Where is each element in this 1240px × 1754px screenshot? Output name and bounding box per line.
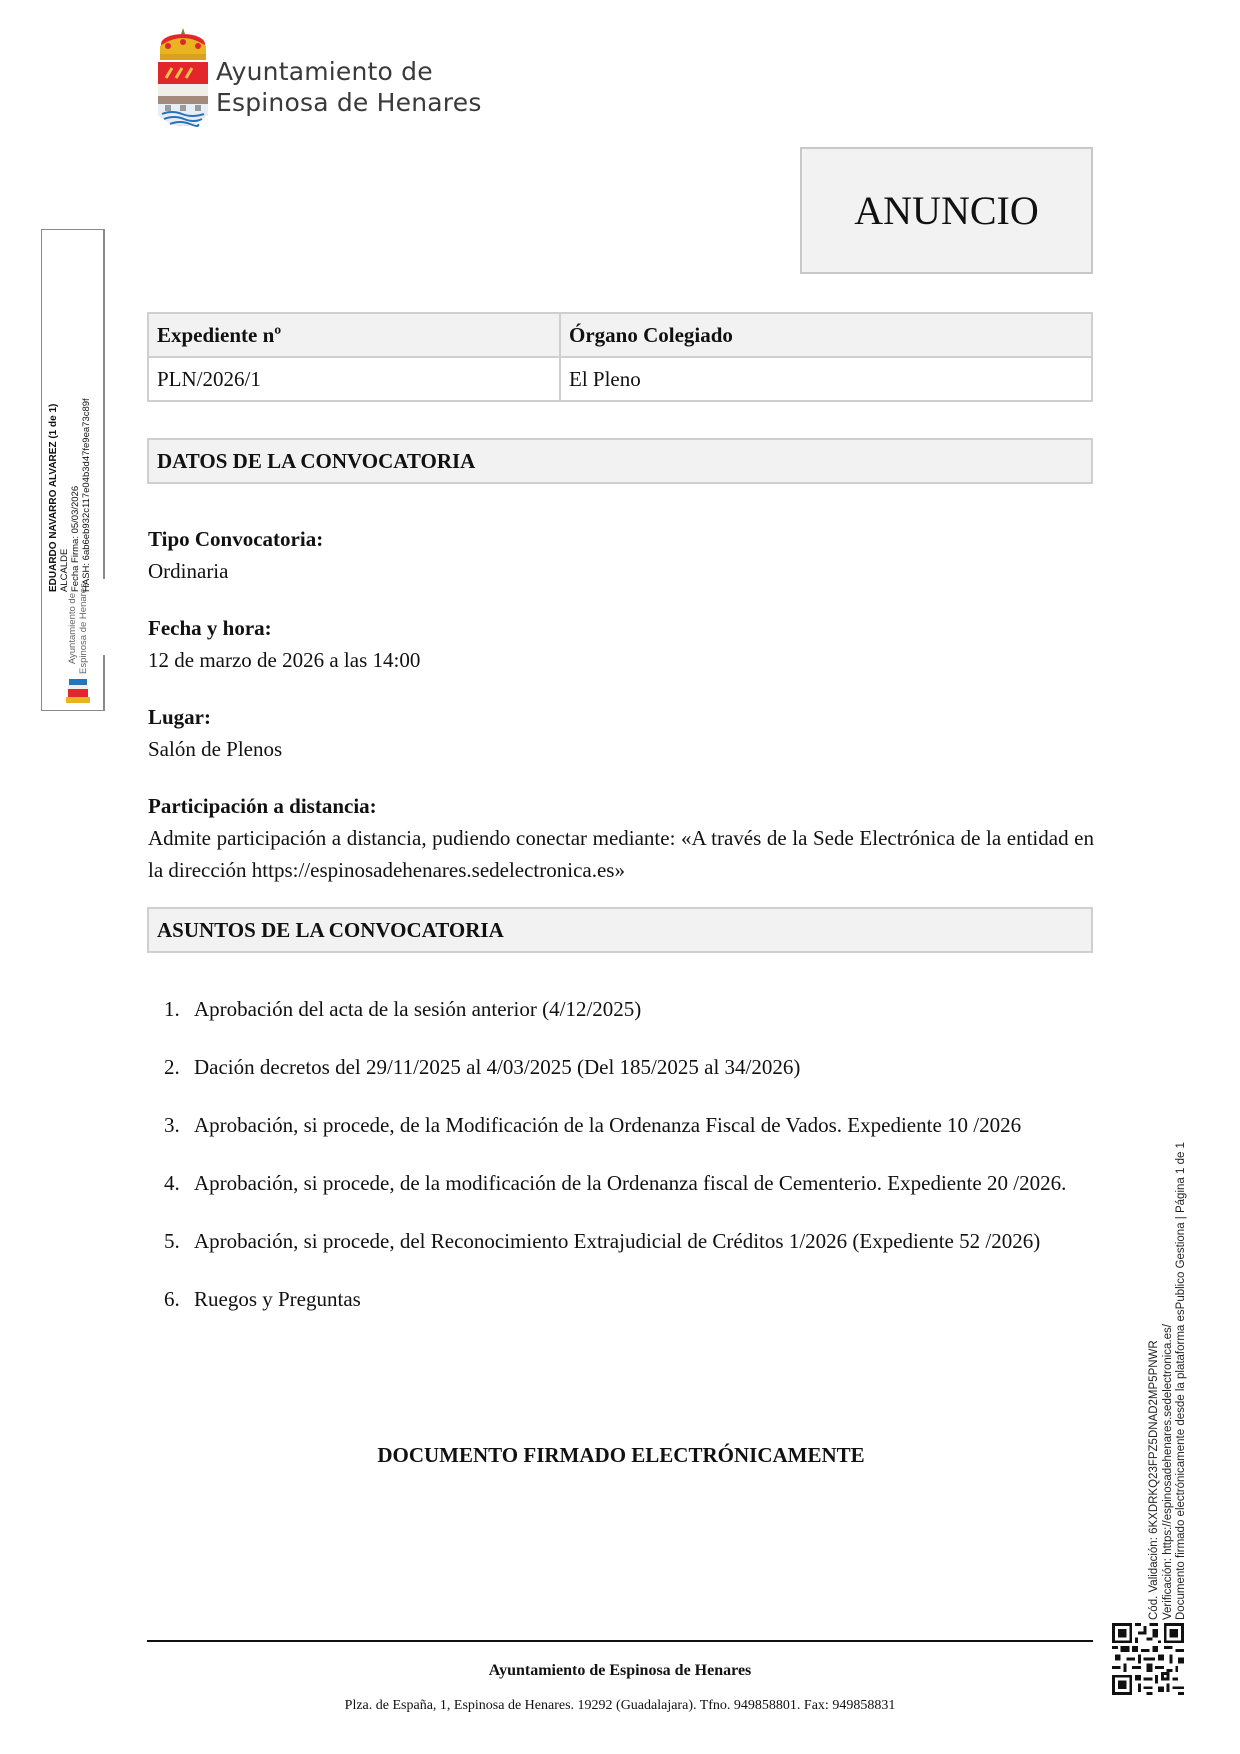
signature-stamp: Ayuntamiento de Espinosa de Henares EDUA… (41, 229, 104, 711)
field-lugar: Lugar: Salón de Plenos (148, 701, 1094, 765)
field-value: 12 de marzo de 2026 a las 14:00 (148, 644, 1094, 676)
field-label: Participación a distancia: (148, 790, 1094, 822)
field-participacion: Participación a distancia: Admite partic… (148, 790, 1094, 886)
footer-title: Ayuntamiento de Espinosa de Henares (147, 1662, 1093, 1680)
logo-text: Ayuntamiento de Espinosa de Henares (216, 56, 482, 118)
footer-address: Plza. de España, 1, Espinosa de Henares.… (147, 1698, 1093, 1714)
verification-url[interactable]: Verificación: https://espinosadehenares.… (1162, 1060, 1176, 1620)
header-cell-organo: Órgano Colegiado (560, 313, 1092, 357)
signature-hash: HASH: 6ab6eb932c117e04b3d47fe9ea73c89f (81, 398, 92, 592)
list-item: 1.Aprobación del acta de la sesión anter… (148, 993, 1094, 1025)
stamp-signer-info: EDUARDO NAVARRO ALVAREZ (1 de 1) ALCALDE… (48, 398, 92, 592)
section-title: DATOS DE LA CONVOCATORIA (157, 449, 475, 474)
field-label: Tipo Convocatoria: (148, 523, 1094, 555)
stamp-crest-icon (66, 678, 90, 704)
table-header-row: Expediente nº Órgano Colegiado (148, 313, 1092, 357)
cell-expediente-value: PLN/2026/1 (148, 357, 560, 401)
section-header-asuntos: ASUNTOS DE LA CONVOCATORIA (147, 907, 1093, 953)
stamp-border (103, 229, 105, 579)
table-row: PLN/2026/1 El Pleno (148, 357, 1092, 401)
document-type-box: ANUNCIO (800, 147, 1093, 274)
signature-date: Fecha Firma: 05/03/2026 (70, 398, 81, 592)
header-cell-expediente: Expediente nº (148, 313, 560, 357)
section-header-datos: DATOS DE LA CONVOCATORIA (147, 438, 1093, 484)
validation-code: Cód. Validación: 6KXDRKQ23FPZ5DNAD2MP5PN… (1148, 1060, 1162, 1620)
list-item: 3.Aprobación, si procede, de la Modifica… (148, 1109, 1094, 1141)
logo-line-2: Espinosa de Henares (216, 87, 482, 118)
field-label: Fecha y hora: (148, 612, 1094, 644)
list-item: 5.Aprobación, si procede, del Reconocimi… (148, 1225, 1094, 1257)
document-type-title: ANUNCIO (854, 187, 1038, 234)
list-item: 4.Aprobación, si procede, de la modifica… (148, 1167, 1094, 1199)
signature-stamp-content: Ayuntamiento de Espinosa de Henares EDUA… (42, 230, 105, 712)
verification-text: Cód. Validación: 6KXDRKQ23FPZ5DNAD2MP5PN… (1148, 1060, 1189, 1620)
section-title: ASUNTOS DE LA CONVOCATORIA (157, 918, 504, 943)
field-value: Ordinaria (148, 555, 1094, 587)
logo-line-1: Ayuntamiento de (216, 56, 482, 87)
file-info-table: Expediente nº Órgano Colegiado PLN/2026/… (147, 312, 1093, 402)
signer-role: ALCALDE (59, 398, 70, 592)
list-item: 2.Dación decretos del 29/11/2025 al 4/03… (148, 1051, 1094, 1083)
agenda-list: 1.Aprobación del acta de la sesión anter… (148, 993, 1094, 1341)
list-item: 6.Ruegos y Preguntas (148, 1283, 1094, 1315)
stamp-organization: Ayuntamiento de Espinosa de Henares (67, 583, 89, 674)
field-value: Admite participación a distancia, pudien… (148, 822, 1094, 886)
field-tipo-convocatoria: Tipo Convocatoria: Ordinaria (148, 523, 1094, 587)
coat-of-arms-icon (152, 26, 214, 134)
signed-notice: DOCUMENTO FIRMADO ELECTRÓNICAMENTE (148, 1443, 1094, 1468)
stamp-border (103, 655, 105, 711)
field-label: Lugar: (148, 701, 1094, 733)
qr-code-icon[interactable] (1112, 1623, 1184, 1695)
field-fecha-hora: Fecha y hora: 12 de marzo de 2026 a las … (148, 612, 1094, 676)
signer-name: EDUARDO NAVARRO ALVAREZ (1 de 1) (48, 398, 59, 592)
cell-organo-value: El Pleno (560, 357, 1092, 401)
field-value: Salón de Plenos (148, 733, 1094, 765)
footer-divider (147, 1640, 1093, 1642)
municipality-logo: Ayuntamiento de Espinosa de Henares (152, 26, 482, 136)
platform-notice: Documento firmado electrónicamente desde… (1175, 1060, 1189, 1620)
